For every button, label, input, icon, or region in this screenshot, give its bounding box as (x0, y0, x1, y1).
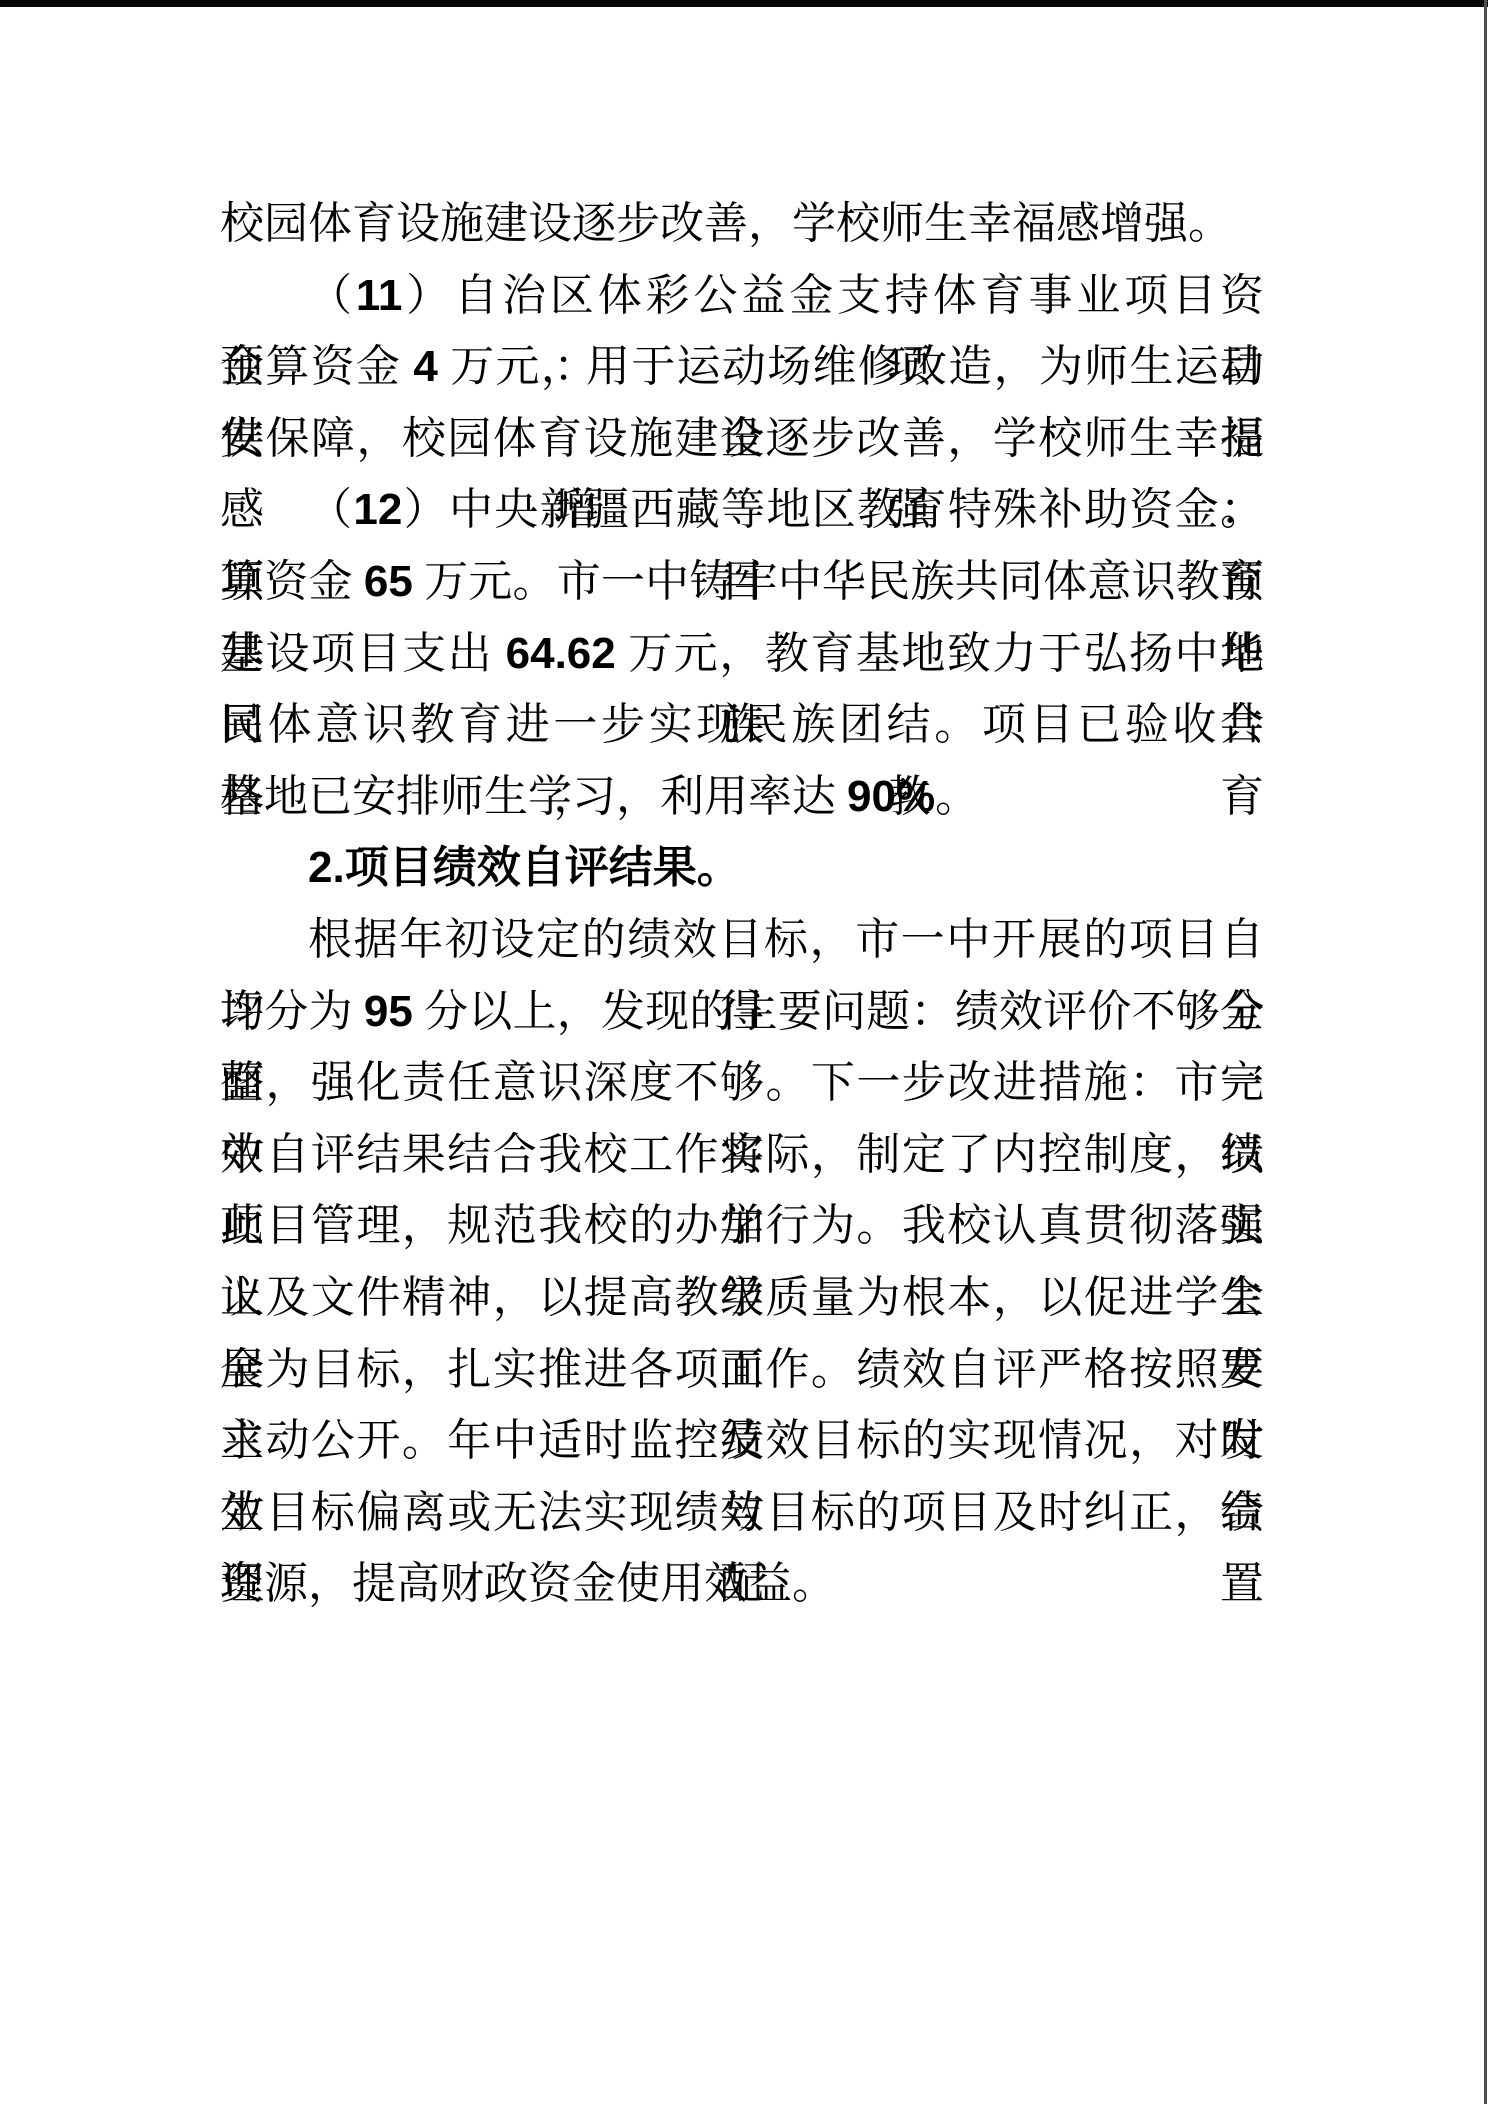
document-body: 校园体育设施建设逐步改善，学校师生幸福感增强。 （11）自治区体彩公益金支持体育… (220, 188, 1264, 1620)
text-line: 建设项目支出 64.62 万元，教育基地致力于弘扬中华民族共 (220, 618, 1264, 690)
text-line: 效目标偏离或无法实现绩效目标的项目及时纠正，合理配置 (220, 1477, 1264, 1549)
scan-edge-right (1484, 0, 1487, 2104)
text-line: 项目管理，规范我校的办学行为。我校认真贯彻落实上级会 (220, 1190, 1264, 1262)
scan-edge-top (0, 0, 1488, 7)
text-line: 整，强化责任意识深度不够。下一步改进措施：市一中将绩 (220, 1047, 1264, 1119)
text-line: 供保障，校园体育设施建设逐步改善，学校师生幸福感增强。 (220, 403, 1264, 475)
text-line: 主动公开。年中适时监控绩效目标的实现情况，对发生与绩 (220, 1405, 1264, 1477)
text-line: 议及文件精神，以提高教学质量为根本，以促进学生全面发 (220, 1262, 1264, 1334)
text-line: （11）自治区体彩公益金支持体育事业项目资金：项目 (220, 260, 1264, 332)
text-line: 效自评结果结合我校工作实际，制定了内控制度，以此加强 (220, 1119, 1264, 1191)
text-line: 展为目标，扎实推进各项工作。绩效自评严格按照要求及时 (220, 1334, 1264, 1406)
text-line: 算资金 65 万元。市一中铸牢中华民族共同体意识教育基地 (220, 546, 1264, 618)
section-heading: 2.项目绩效自评结果。 (220, 832, 1264, 904)
text-line: 根据年初设定的绩效目标，市一中开展的项目自评得分 (220, 904, 1264, 976)
text-line: （12）中央新疆西藏等地区教育特殊补助资金：项目预 (220, 474, 1264, 546)
document-page: 校园体育设施建设逐步改善，学校师生幸福感增强。 （11）自治区体彩公益金支持体育… (0, 0, 1488, 2104)
text-line: 均分为 95 分以上，发现的主要问题：绩效评价不够全面完 (220, 976, 1264, 1048)
text-line: 同体意识教育进一步实现民族团结。项目已验收合格，教育 (220, 689, 1264, 761)
text-line: 校园体育设施建设逐步改善，学校师生幸福感增强。 (220, 188, 1264, 260)
text-line: 预算资金 4 万元，用于运动场维修改造，为师生运动安全提 (220, 331, 1264, 403)
